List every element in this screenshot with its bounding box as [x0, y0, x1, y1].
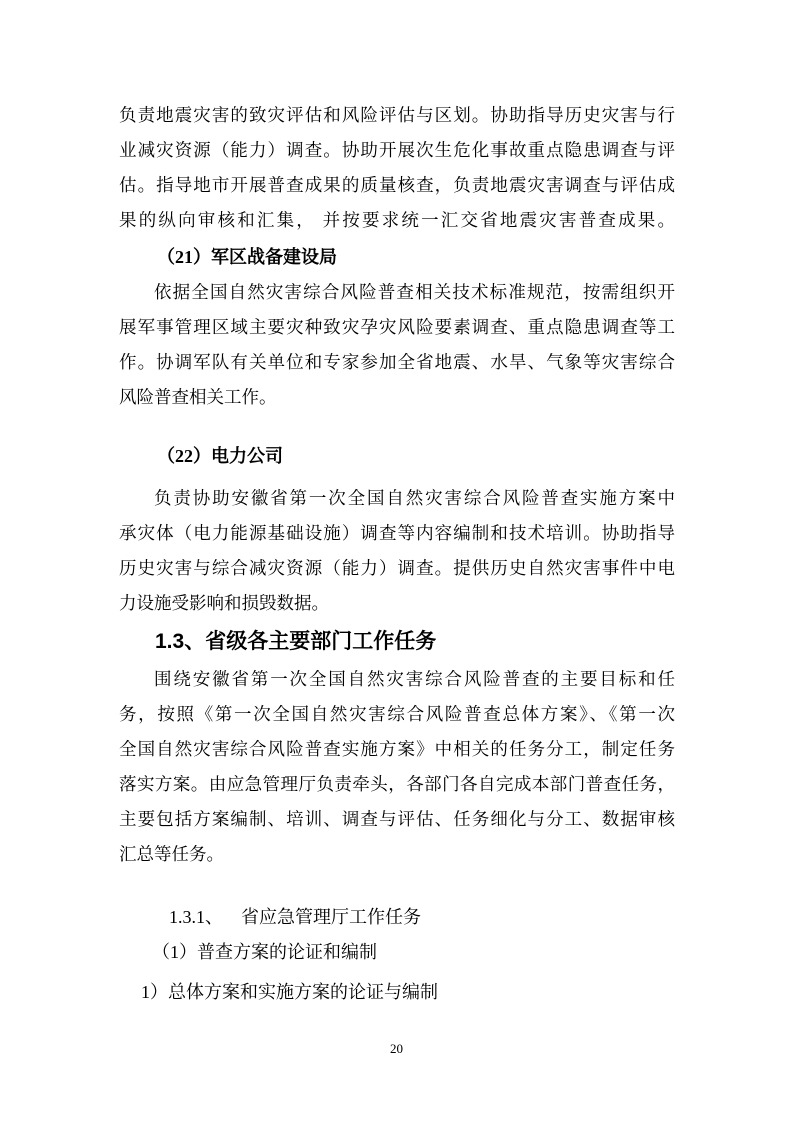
paragraph-line: 主要包括方案编制、培训、调查与评估、任务细化与分工、数据审核: [119, 802, 675, 837]
heading-section-title: 省应急管理厅工作任务: [241, 907, 421, 927]
paragraph-line: 业减灾资源（能力）调查。协助开展次生危化事故重点隐患调查与评: [119, 133, 675, 168]
list-item-1: （1）普查方案的论证和编制: [119, 935, 675, 970]
paragraph-line: 依据全国自然灾害综合风险普查相关技术标准规范，按需组织开: [119, 275, 675, 310]
paragraph-line: 负责协助安徽省第一次全国自然灾害综合风险普查实施方案中: [119, 481, 675, 516]
paragraph-provincial-tasks: 围绕安徽省第一次全国自然灾害综合风险普查的主要目标和任 务，按照《第一次全国自然…: [119, 662, 675, 872]
paragraph-line: 务，按照《第一次全国自然灾害综合风险普查总体方案》、《第一次: [119, 697, 675, 732]
paragraph-line: 风险普查相关工作。: [119, 380, 675, 415]
paragraph-line: 估。指导地市开展普查成果的质量核查，负责地震灾害调查与评估成: [119, 168, 675, 203]
heading-section-22: （22）电力公司: [119, 439, 675, 474]
paragraph-line: 作。协调军队有关单位和专家参加全省地震、水旱、气象等灾害综合: [119, 345, 675, 380]
heading-section-number: 1.3.1、: [169, 907, 223, 927]
paragraph-line: 果的纵向审核和汇集， 并按要求统一汇交省地震灾害普查成果。: [119, 203, 675, 238]
paragraph-line: 历史灾害与综合减灾资源（能力）调查。提供历史自然灾害事件中电: [119, 551, 675, 586]
heading-section-21: （21）军区战备建设局: [119, 240, 675, 275]
paragraph-military-district: 依据全国自然灾害综合风险普查相关技术标准规范，按需组织开 展军事管理区域主要灾种…: [119, 275, 675, 415]
page-number: 20: [0, 1041, 793, 1057]
paragraph-line: 汇总等任务。: [119, 837, 675, 872]
paragraph-line: 负责地震灾害的致灾评估和风险评估与区划。协助指导历史灾害与行: [119, 98, 675, 133]
document-page: 负责地震灾害的致灾评估和风险评估与区划。协助指导历史灾害与行 业减灾资源（能力）…: [0, 0, 793, 1122]
heading-section-1-3: 1.3、省级各主要部门工作任务: [119, 624, 675, 660]
paragraph-line: 承灾体（电力能源基础设施）调查等内容编制和技术培训。协助指导: [119, 516, 675, 551]
heading-section-1-3-1: 1.3.1、省应急管理厅工作任务: [119, 900, 675, 935]
paragraph-line: 围绕安徽省第一次全国自然灾害综合风险普查的主要目标和任: [119, 662, 675, 697]
paragraph-line: 全国自然灾害综合风险普查实施方案》中相关的任务分工，制定任务: [119, 732, 675, 767]
paragraph-power-company: 负责协助安徽省第一次全国自然灾害综合风险普查实施方案中 承灾体（电力能源基础设施…: [119, 481, 675, 621]
paragraph-line: 落实方案。由应急管理厅负责牵头，各部门各自完成本部门普查任务，: [119, 767, 675, 802]
paragraph-line: 力设施受影响和损毁数据。: [119, 586, 675, 621]
paragraph-line: 展军事管理区域主要灾种致灾孕灾风险要素调查、重点隐患调查等工: [119, 310, 675, 345]
paragraph-earthquake-tasks: 负责地震灾害的致灾评估和风险评估与区划。协助指导历史灾害与行 业减灾资源（能力）…: [119, 98, 675, 238]
document-body: 负责地震灾害的致灾评估和风险评估与区划。协助指导历史灾害与行 业减灾资源（能力）…: [119, 98, 675, 1010]
list-item-1-1: 1）总体方案和实施方案的论证与编制: [119, 975, 675, 1010]
